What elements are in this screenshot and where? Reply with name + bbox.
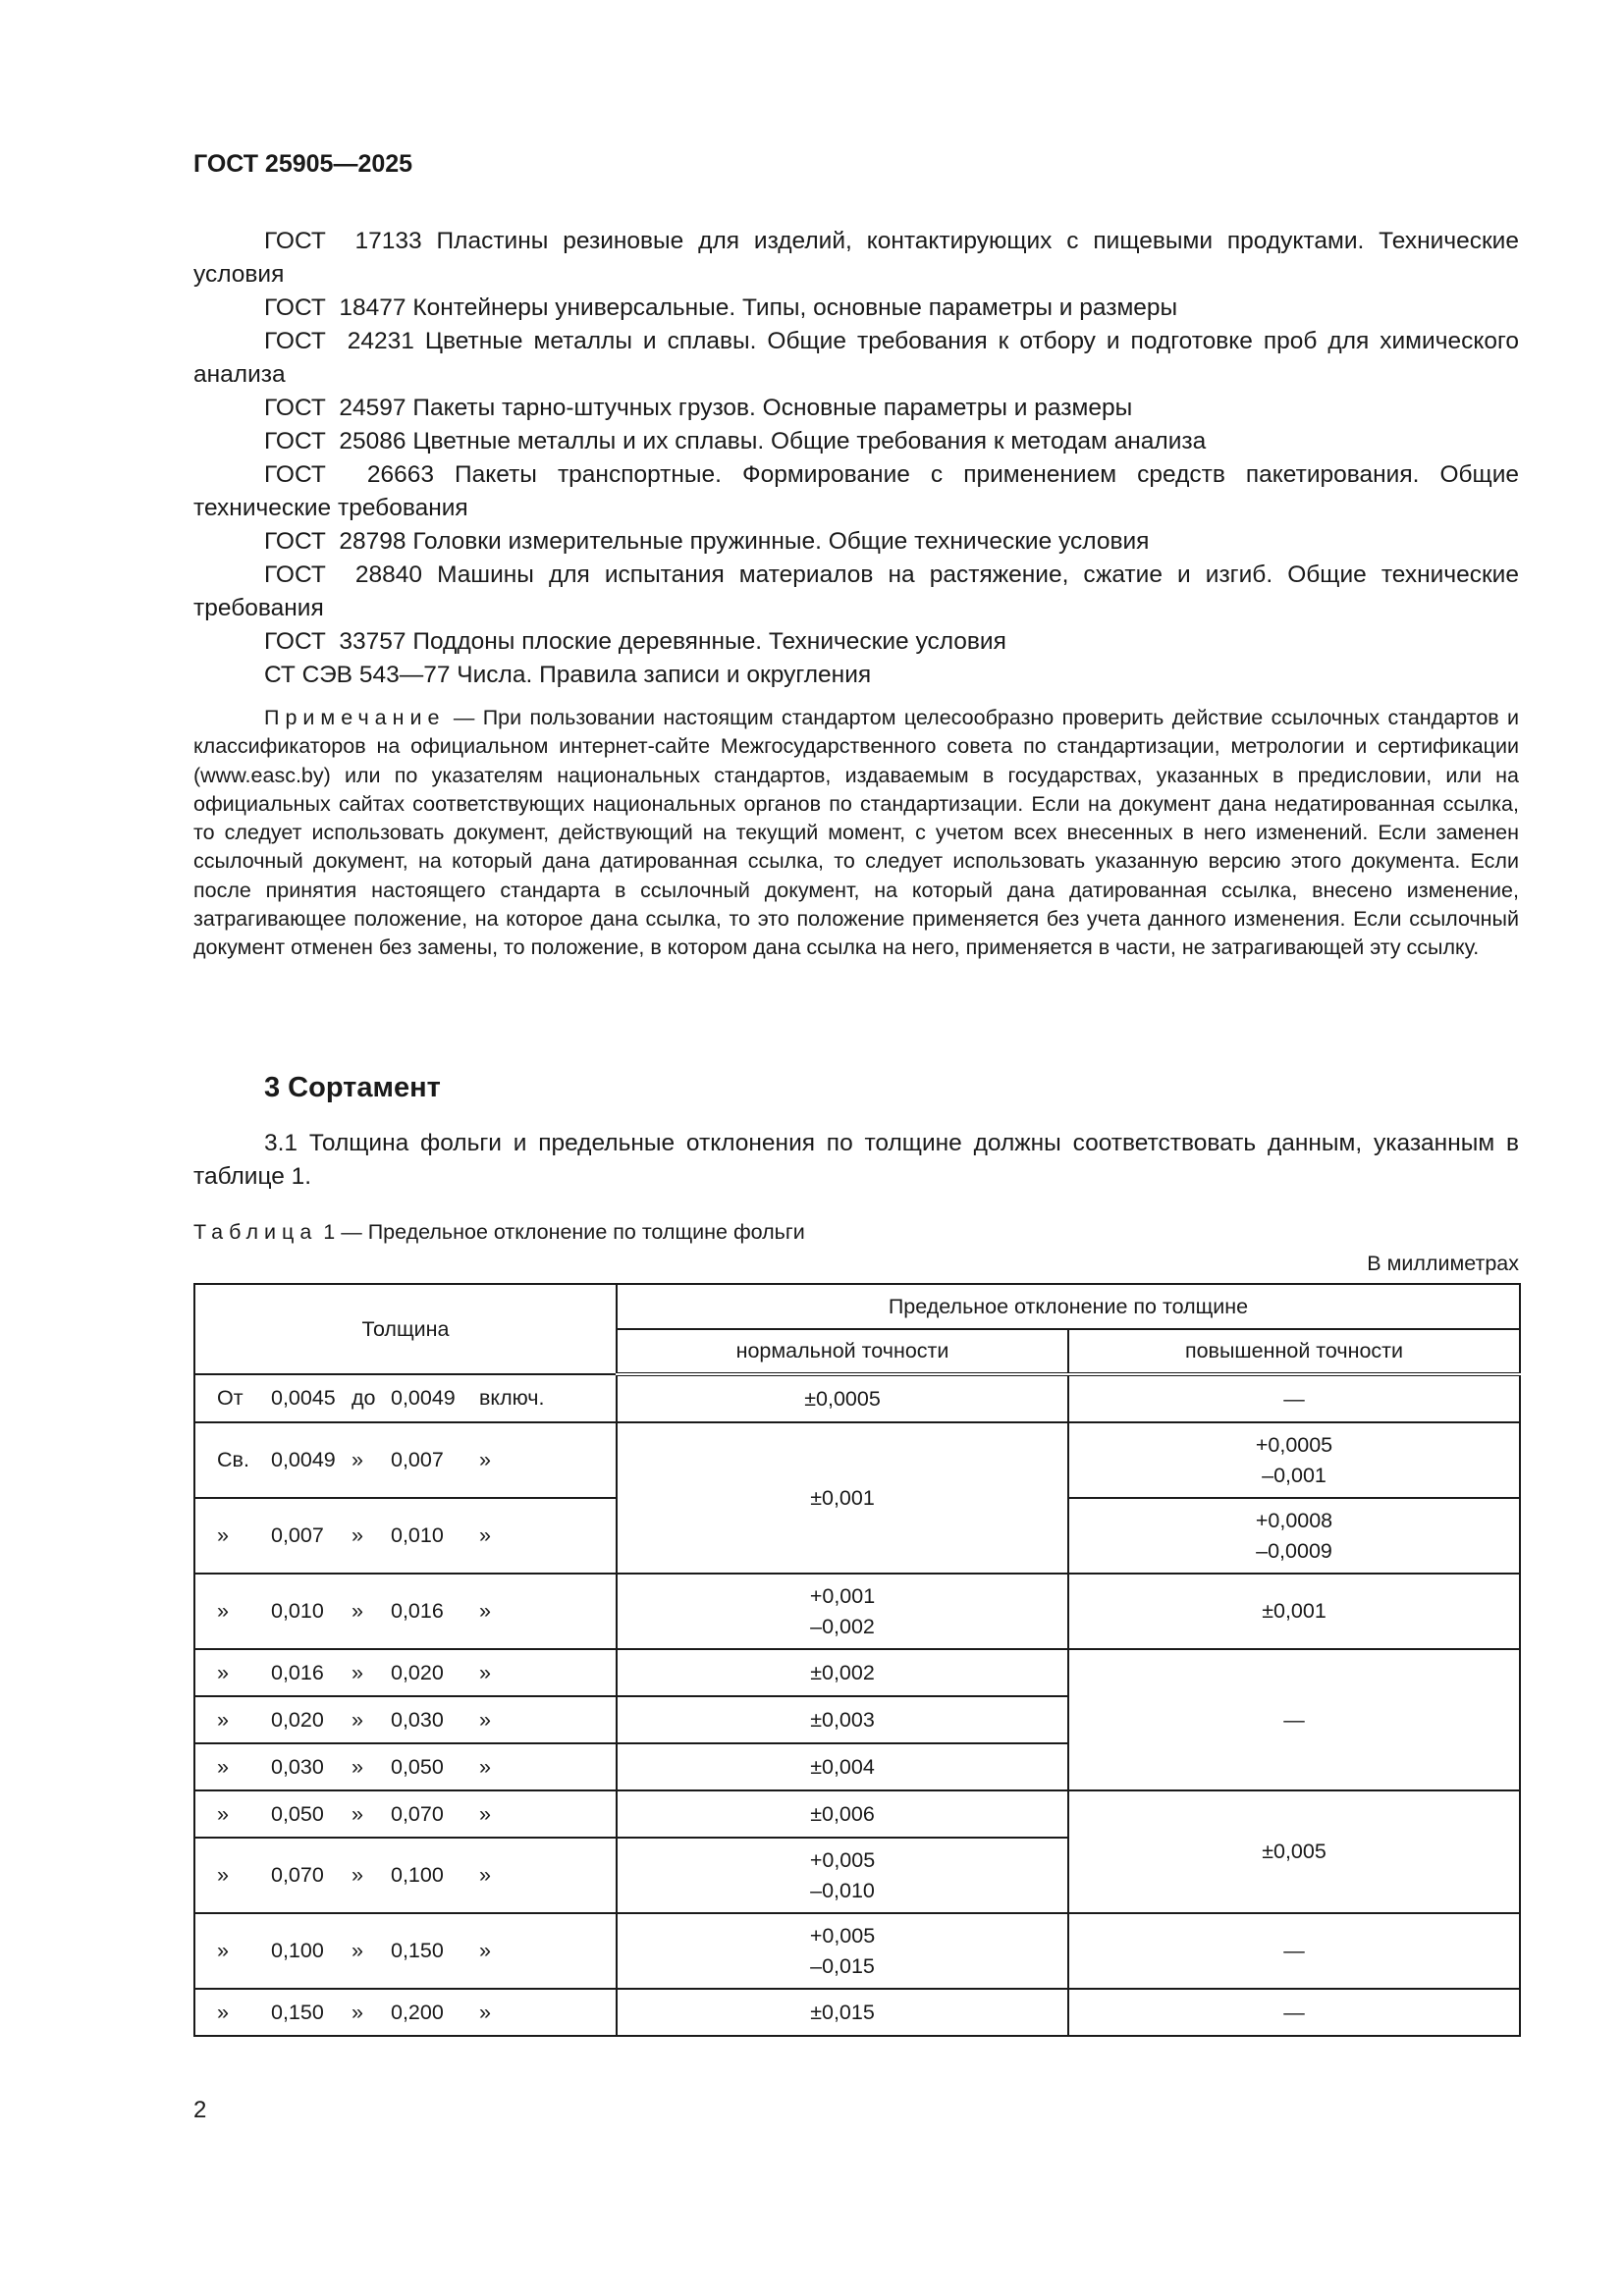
thickness-mid: »: [352, 1445, 391, 1475]
note-label: Примечание: [264, 706, 445, 729]
increased-precision-cell: —: [1068, 1913, 1520, 1989]
table-row: »0,100»0,150»+0,005 –0,015—: [194, 1913, 1520, 1989]
increased-precision-cell: +0,0005 –0,001: [1068, 1422, 1520, 1498]
thickness-suffix: включ.: [479, 1383, 544, 1414]
reference-code: ГОСТ 24597: [264, 395, 406, 421]
thickness-range-cell: »0,070»0,100»: [194, 1838, 617, 1913]
thickness-range-cell: От0,0045до0,0049включ.: [194, 1374, 617, 1422]
thickness-range-cell: »0,020»0,030»: [194, 1696, 617, 1743]
thickness-mid: »: [352, 1936, 391, 1966]
table-caption-label: Таблица: [193, 1220, 317, 1244]
thickness-to: 0,030: [391, 1705, 479, 1735]
normal-precision-cell: ±0,001: [617, 1422, 1068, 1574]
reference-item: ГОСТ 28798 Головки измерительные пружинн…: [193, 525, 1519, 559]
reference-code: ГОСТ 33757: [264, 628, 406, 655]
normal-precision-cell: ±0,0005: [617, 1374, 1068, 1422]
section-paragraph: 3.1 Толщина фольги и предельные отклонен…: [193, 1127, 1519, 1194]
thickness-range-cell: »0,050»0,070»: [194, 1790, 617, 1838]
page-number: 2: [193, 2097, 206, 2124]
thickness-range-cell: »0,030»0,050»: [194, 1743, 617, 1790]
table-row: От0,0045до0,0049включ.±0,0005—: [194, 1374, 1520, 1422]
thickness-to: 0,100: [391, 1860, 479, 1891]
table-units: В миллиметрах: [1367, 1252, 1519, 1276]
thickness-to: 0,0049: [391, 1383, 479, 1414]
header-normal-precision: нормальной точности: [617, 1329, 1068, 1374]
header-increased-precision: повышенной точности: [1068, 1329, 1520, 1374]
thickness-prefix: »: [217, 1752, 271, 1783]
reference-code: ГОСТ 28798: [264, 528, 406, 555]
thickness-prefix: »: [217, 1860, 271, 1891]
thickness-prefix: »: [217, 1936, 271, 1966]
thickness-suffix: »: [479, 1799, 491, 1830]
thickness-suffix: »: [479, 1521, 491, 1551]
thickness-range-cell: »0,010»0,016»: [194, 1574, 617, 1649]
reference-item: ГОСТ 28840 Машины для испытания материал…: [193, 559, 1519, 625]
thickness-from: 0,150: [271, 1998, 352, 2028]
thickness-to: 0,020: [391, 1658, 479, 1688]
thickness-to: 0,200: [391, 1998, 479, 2028]
thickness-prefix: От: [217, 1383, 271, 1414]
thickness-suffix: »: [479, 1860, 491, 1891]
thickness-prefix: »: [217, 1799, 271, 1830]
reference-item: ГОСТ 17133 Пластины резиновые для издели…: [193, 225, 1519, 292]
table-row: »0,010»0,016»+0,001 –0,002±0,001: [194, 1574, 1520, 1649]
note-text: — При пользовании настоящим стандартом ц…: [193, 706, 1519, 959]
note-paragraph: Примечание — При пользовании настоящим с…: [193, 704, 1519, 963]
thickness-from: 0,100: [271, 1936, 352, 1966]
thickness-suffix: »: [479, 1752, 491, 1783]
normal-precision-cell: +0,001 –0,002: [617, 1574, 1068, 1649]
thickness-prefix: »: [217, 1521, 271, 1551]
header-thickness: Толщина: [194, 1284, 617, 1374]
increased-precision-cell: —: [1068, 1649, 1520, 1790]
normal-precision-cell: ±0,002: [617, 1649, 1068, 1696]
reference-title: Поддоны плоские деревянные. Технические …: [412, 628, 1006, 655]
thickness-to: 0,007: [391, 1445, 479, 1475]
thickness-suffix: »: [479, 1936, 491, 1966]
reference-title: Контейнеры универсальные. Типы, основные…: [412, 294, 1177, 321]
normal-precision-cell: +0,005 –0,015: [617, 1913, 1068, 1989]
reference-item: СТ СЭВ 543—77 Числа. Правила записи и ок…: [193, 659, 1519, 692]
reference-item: ГОСТ 24231 Цветные металлы и сплавы. Общ…: [193, 325, 1519, 392]
thickness-mid: »: [352, 1998, 391, 2028]
thickness-mid: »: [352, 1596, 391, 1627]
table-caption-text: 1 — Предельное отклонение по толщине фол…: [317, 1220, 804, 1244]
thickness-to: 0,150: [391, 1936, 479, 1966]
reference-title: Числа. Правила записи и округления: [457, 662, 871, 688]
thickness-to: 0,016: [391, 1596, 479, 1627]
table-row: »0,150»0,200»±0,015—: [194, 1989, 1520, 2036]
thickness-from: 0,020: [271, 1705, 352, 1735]
thickness-range-cell: Св.0,0049»0,007»: [194, 1422, 617, 1498]
thickness-to: 0,070: [391, 1799, 479, 1830]
reference-item: ГОСТ 26663 Пакеты транспортные. Формиров…: [193, 458, 1519, 525]
increased-precision-cell: ±0,005: [1068, 1790, 1520, 1913]
table-row: »0,050»0,070»±0,006±0,005: [194, 1790, 1520, 1838]
reference-code: ГОСТ 17133: [264, 228, 422, 254]
thickness-suffix: »: [479, 1445, 491, 1475]
table-row: »0,016»0,020»±0,002—: [194, 1649, 1520, 1696]
thickness-from: 0,0049: [271, 1445, 352, 1475]
thickness-from: 0,030: [271, 1752, 352, 1783]
thickness-deviation-table: Толщина Предельное отклонение по толщине…: [193, 1283, 1521, 2037]
thickness-range-cell: »0,016»0,020»: [194, 1649, 617, 1696]
thickness-prefix: Св.: [217, 1445, 271, 1475]
thickness-suffix: »: [479, 1658, 491, 1688]
reference-title: Цветные металлы и их сплавы. Общие требо…: [412, 428, 1206, 454]
table-caption: Таблица 1 — Предельное отклонение по тол…: [193, 1220, 805, 1245]
thickness-from: 0,070: [271, 1860, 352, 1891]
reference-item: ГОСТ 24597 Пакеты тарно-штучных грузов. …: [193, 392, 1519, 425]
increased-precision-cell: —: [1068, 1989, 1520, 2036]
reference-code: ГОСТ 24231: [264, 328, 414, 354]
thickness-mid: »: [352, 1860, 391, 1891]
reference-item: ГОСТ 25086 Цветные металлы и их сплавы. …: [193, 425, 1519, 458]
thickness-range-cell: »0,007»0,010»: [194, 1498, 617, 1574]
reference-code: ГОСТ 26663: [264, 461, 434, 488]
thickness-from: 0,010: [271, 1596, 352, 1627]
thickness-prefix: »: [217, 1596, 271, 1627]
thickness-suffix: »: [479, 1705, 491, 1735]
reference-title: Пакеты тарно-штучных грузов. Основные па…: [412, 395, 1132, 421]
thickness-from: 0,016: [271, 1658, 352, 1688]
thickness-from: 0,007: [271, 1521, 352, 1551]
thickness-mid: »: [352, 1799, 391, 1830]
reference-code: ГОСТ 18477: [264, 294, 406, 321]
reference-code: ГОСТ 28840: [264, 561, 422, 588]
normal-precision-cell: ±0,004: [617, 1743, 1068, 1790]
thickness-mid: »: [352, 1752, 391, 1783]
thickness-prefix: »: [217, 1998, 271, 2028]
normal-precision-cell: ±0,006: [617, 1790, 1068, 1838]
normal-precision-cell: ±0,003: [617, 1696, 1068, 1743]
header-deviation: Предельное отклонение по толщине: [617, 1284, 1520, 1329]
normal-precision-cell: +0,005 –0,010: [617, 1838, 1068, 1913]
thickness-mid: »: [352, 1658, 391, 1688]
thickness-suffix: »: [479, 1596, 491, 1627]
reference-code: СТ СЭВ 543—77: [264, 662, 450, 688]
reference-code: ГОСТ 25086: [264, 428, 406, 454]
increased-precision-cell: —: [1068, 1374, 1520, 1422]
thickness-mid: »: [352, 1521, 391, 1551]
thickness-range-cell: »0,100»0,150»: [194, 1913, 617, 1989]
thickness-prefix: »: [217, 1658, 271, 1688]
thickness-to: 0,010: [391, 1521, 479, 1551]
thickness-prefix: »: [217, 1705, 271, 1735]
thickness-range-cell: »0,150»0,200»: [194, 1989, 617, 2036]
thickness-mid: »: [352, 1705, 391, 1735]
thickness-from: 0,0045: [271, 1383, 352, 1414]
document-id-header: ГОСТ 25905—2025: [193, 150, 412, 179]
thickness-from: 0,050: [271, 1799, 352, 1830]
reference-item: ГОСТ 33757 Поддоны плоские деревянные. Т…: [193, 625, 1519, 659]
thickness-suffix: »: [479, 1998, 491, 2028]
increased-precision-cell: +0,0008 –0,0009: [1068, 1498, 1520, 1574]
reference-item: ГОСТ 18477 Контейнеры универсальные. Тип…: [193, 292, 1519, 325]
increased-precision-cell: ±0,001: [1068, 1574, 1520, 1649]
thickness-mid: до: [352, 1383, 391, 1414]
reference-title: Головки измерительные пружинные. Общие т…: [412, 528, 1149, 555]
section-heading: 3 Сортамент: [264, 1072, 441, 1104]
table-row: Св.0,0049»0,007»±0,001+0,0005 –0,001: [194, 1422, 1520, 1498]
normative-references-list: ГОСТ 17133 Пластины резиновые для издели…: [193, 225, 1519, 692]
thickness-to: 0,050: [391, 1752, 479, 1783]
normal-precision-cell: ±0,015: [617, 1989, 1068, 2036]
